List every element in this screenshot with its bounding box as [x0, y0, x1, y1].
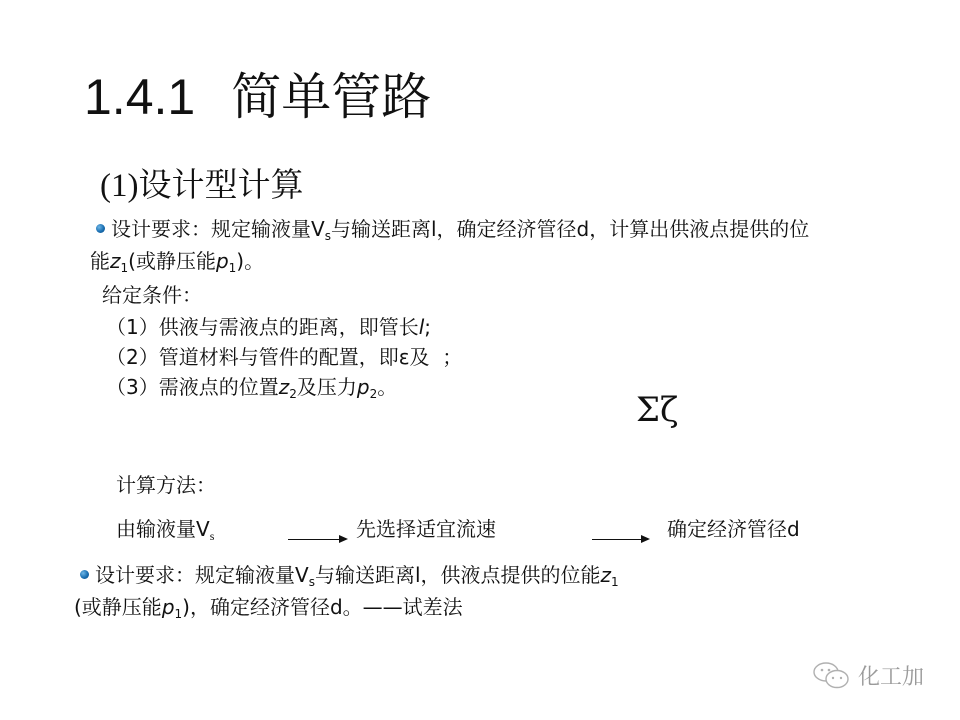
sigma-zeta-formula: Σζ	[636, 390, 678, 430]
bullet-icon	[96, 224, 105, 233]
requirement-2-line-2: (或静压能p1)，确定经济管径d。——试差法	[74, 592, 463, 622]
requirement-2-line-1: 设计要求：规定输液量Vs与输送距离l，供液点提供的位能z1	[80, 560, 619, 590]
section-number: 1.4.1	[84, 69, 195, 125]
subtitle: (1)设计型计算	[100, 162, 303, 209]
wechat-icon	[812, 661, 852, 691]
bullet-icon	[80, 570, 89, 579]
flow-step-2: 先选择适宜流速	[356, 514, 496, 544]
given-item-2: （2）管道材料与管件的配置，即ε及 ；	[106, 342, 462, 372]
watermark: 化工加	[812, 660, 924, 691]
flow-step-3: 确定经济管径d	[667, 514, 800, 544]
arrow-right-icon	[592, 539, 648, 540]
arrow-right-icon	[288, 539, 346, 540]
given-conditions-label: 给定条件：	[102, 280, 202, 310]
watermark-text: 化工加	[858, 660, 924, 691]
page-title: 1.4.1简单管路	[84, 62, 431, 132]
requirement-1-line-2: 能z1(或静压能p1)。	[90, 246, 264, 276]
section-title: 简单管路	[231, 68, 431, 126]
flow-step-1: 由输液量Vs	[116, 514, 214, 544]
given-item-1: （1）供液与需液点的距离，即管长l;	[106, 312, 431, 342]
requirement-1-line-1: 设计要求：规定输液量Vs与输送距离l，确定经济管径d，计算出供液点提供的位	[96, 214, 809, 244]
method-label: 计算方法：	[116, 470, 216, 500]
given-item-3: （3）需液点的位置z2及压力p2。	[106, 372, 397, 402]
